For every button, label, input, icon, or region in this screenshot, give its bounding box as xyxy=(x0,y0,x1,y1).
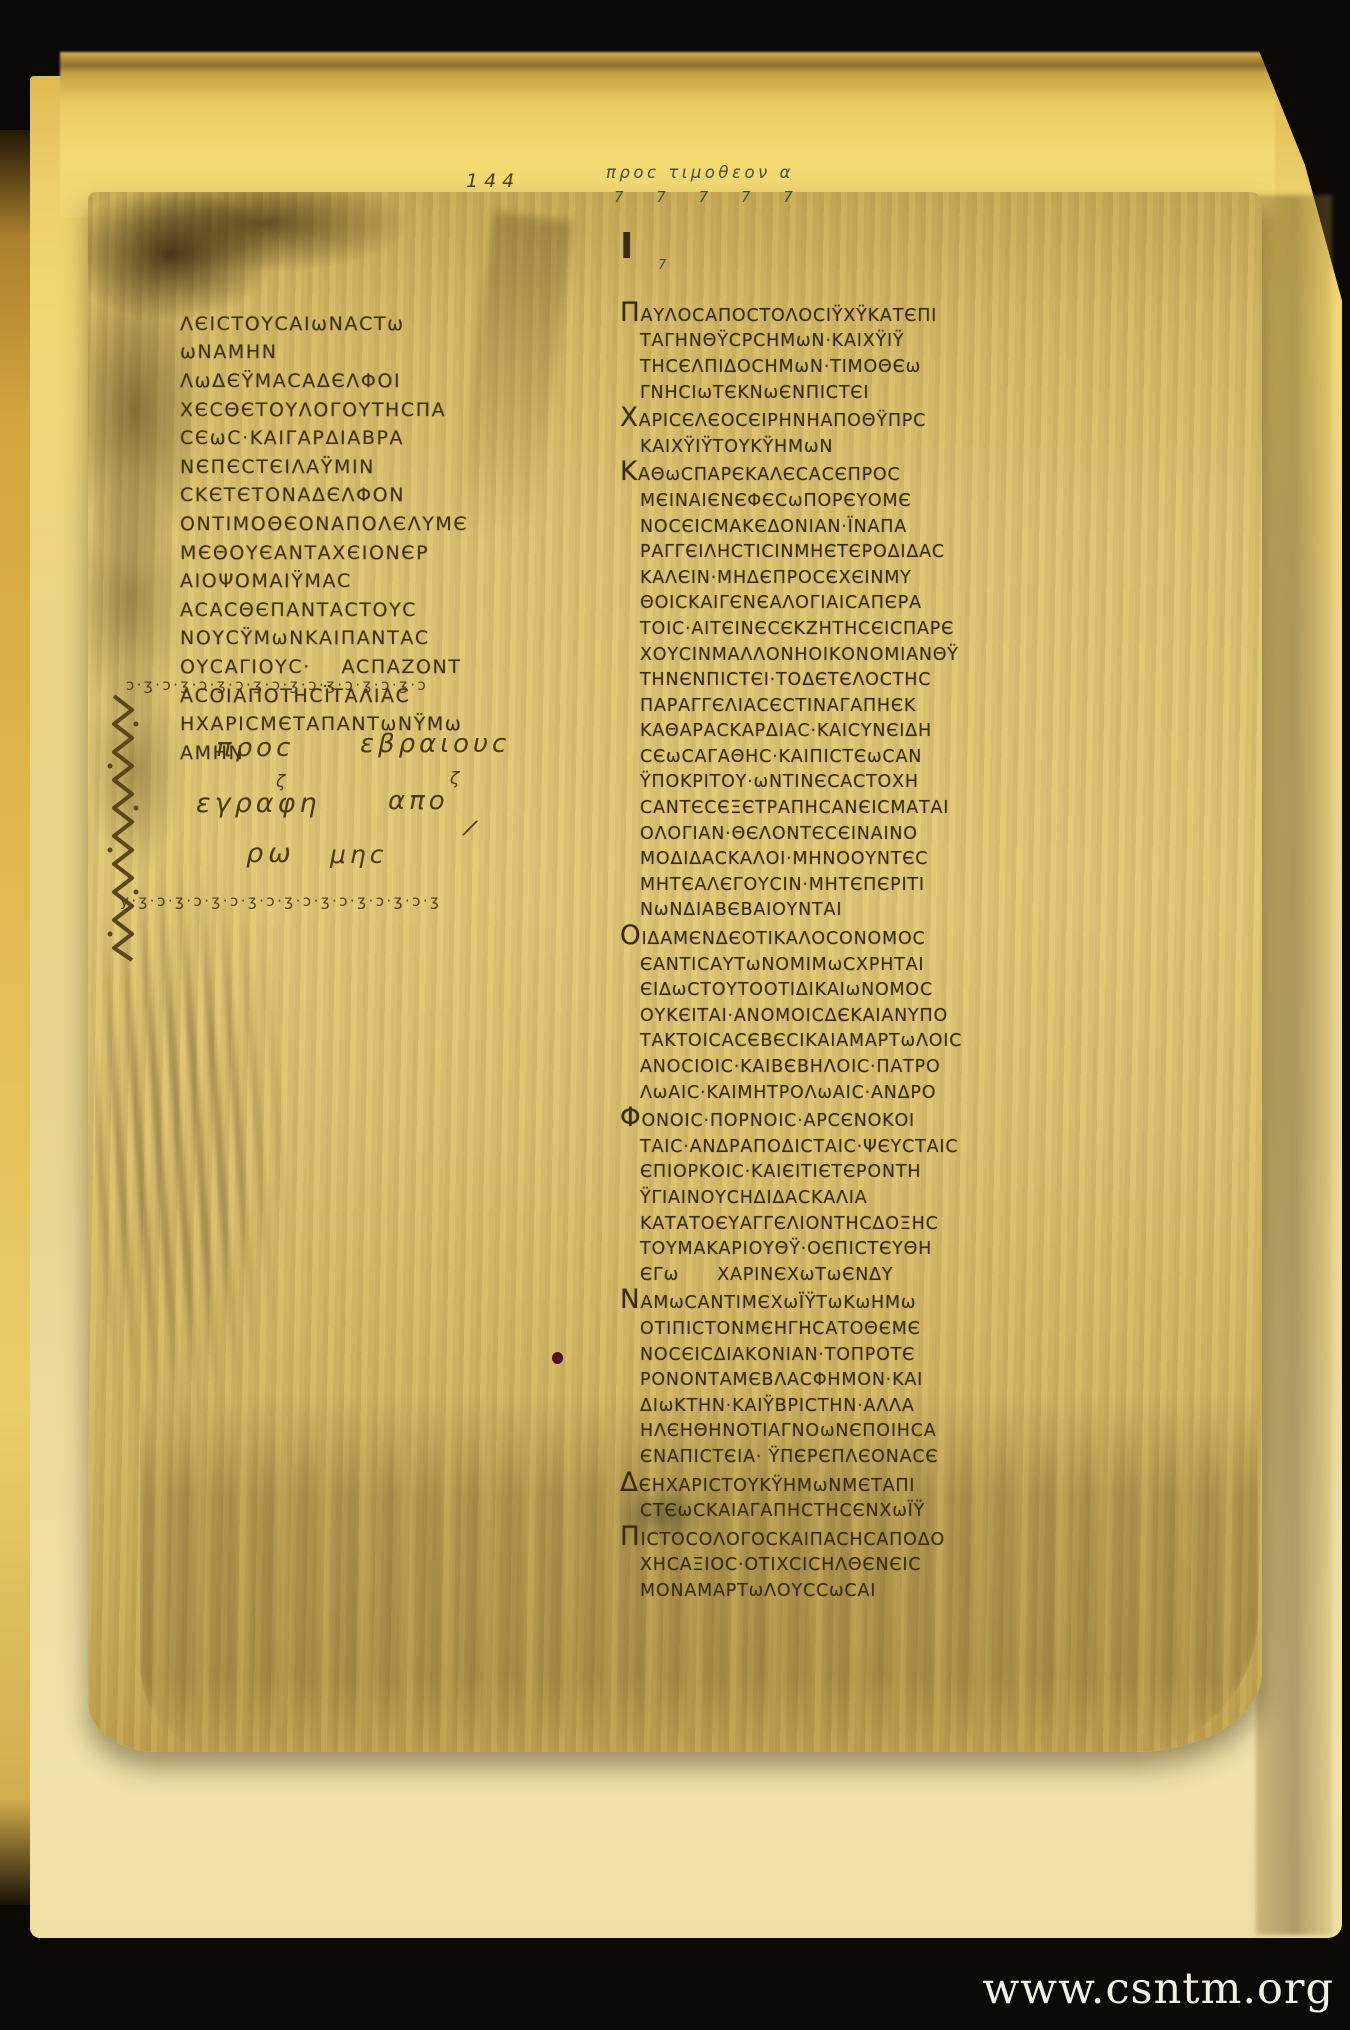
subscription-ro: ρω xyxy=(246,838,296,869)
manuscript-line: ΛωΔЄΫΜΑCΑΔЄΛΦΟΙ xyxy=(180,367,490,396)
subscription-mes: μηc xyxy=(330,840,388,869)
right-text-column: ΠΑΥΛΟCΑΠΟCΤΟΛΟCΙΫΧΫΚΑΤЄΠΙΤΑΓΗΝΘΫCΡCΗΜωΝ·… xyxy=(640,224,960,1604)
manuscript-line: ΚΑΙΧΫΙΫΤΟΥΚΫΗΜωΝ xyxy=(640,435,960,461)
manuscript-line: ΛЄΙCΤΟΥCΑΙωΝΑCΤω xyxy=(180,310,490,339)
manuscript-line: ΗΛЄΗΘΗΝΟΤΙΑΓΝΟωΝЄΠΟΙΗCΑ xyxy=(640,1419,960,1445)
page-stack-right-edge xyxy=(1256,195,1332,1935)
manuscript-line: ΜΗΤЄΑΛЄΓΟΥCΙΝ·ΜΗΤЄΠЄΡΙΤΙ xyxy=(640,873,960,899)
ornament-row-bottom: y·ʒ·ɔ·ʒ·ɔ·ʒ·ɔ·ʒ·ɔ·ʒ·ɔ·ʒ·ɔ·ʒ·ɔ·ʒ·ɔ·ʒ xyxy=(120,892,441,910)
manuscript-line: ΤΟΙC·ΑΙΤЄΙΝЄCЄΚΖΗΤΗCЄΙCΠΑΡЄ xyxy=(640,617,960,643)
manuscript-photograph: 144 προc τιμοθεον α 7 7 7 7 7 7 Ι ΛЄΙCΤΟ… xyxy=(0,0,1350,2030)
csntm-watermark: www.csntm.org xyxy=(982,1964,1334,2014)
manuscript-line: ΠΑΥΛΟCΑΠΟCΤΟΛΟCΙΫΧΫΚΑΤЄΠΙ xyxy=(640,301,960,330)
manuscript-line: ΔЄΗΧΑΡΙCΤΟΥΚΫΗΜωΝΜЄΤΑΠΙ xyxy=(640,1471,960,1500)
red-ink-dot xyxy=(552,1352,563,1364)
manuscript-line: ΜΟΝΑΜΑΡΤωΛΟΥCCωCΑΙ xyxy=(640,1579,960,1605)
manuscript-line: CЄωC·ΚΑΙΓΑΡΔΙΑΒΡΑ xyxy=(180,424,490,453)
manuscript-line: ΚΑΘΑΡΑCΚΑΡΔΙΑC·ΚΑΙCΥΝЄΙΔΗ xyxy=(640,719,960,745)
manuscript-line: ωΝΑΜΗΝ xyxy=(180,338,490,367)
subscription-pros: προc xyxy=(216,733,294,763)
manuscript-line: ΟΥΚЄΙΤΑΙ·ΑΝΟΜΟΙCΔЄΚΑΙΑΝΥΠΟ xyxy=(640,1004,960,1030)
manuscript-line: ΑCΑCΘЄΠΑΝΤΑCΤΟΥC xyxy=(180,596,490,625)
manuscript-line: ΤΗΝЄΝΠΙCΤЄΙ·ΤΟΔЄΤЄΛΟCΤΗC xyxy=(640,668,960,694)
page-number: 144 xyxy=(466,170,520,192)
zigzag-border-decoration xyxy=(104,694,144,962)
manuscript-line: ΠΙCΤΟCΟΛΟΓΟCΚΑΙΠΑCΗCΑΠΟΔΟ xyxy=(640,1525,960,1554)
manuscript-line: ΫΓΙΑΙΝΟΥCΗΔΙΔΑCΚΑΛΙΑ xyxy=(640,1186,960,1212)
manuscript-line: ΔΙωΚΤΗΝ·ΚΑΙΫΒΡΙCΤΗΝ·ΑΛΛΑ xyxy=(640,1394,960,1420)
manuscript-line: ΛωΑΙC·ΚΑΙΜΗΤΡΟΛωΑΙC·ΑΝΔΡΟ xyxy=(640,1081,960,1107)
manuscript-line: ΝΟCЄΙCΜΑΚЄΔΟΝΙΑΝ·ΪΝΑΠΑ xyxy=(640,515,960,541)
manuscript-line: ΑΙΟΨΟΜΑΙΫΜΑC xyxy=(180,567,490,596)
manuscript-line: ΝΑΜωCΑΝΤΙΜЄΧωΪΫΤωΚωΗΜω xyxy=(640,1288,960,1317)
manuscript-line: ΦΟΝΟΙC·ΠΟΡΝΟΙC·ΑΡCЄΝΟΚΟΙ xyxy=(640,1106,960,1135)
manuscript-line: ΠΑΡΑΓΓЄΛΙΑCЄCΤΙΝΑΓΑΠΗЄΚ xyxy=(640,694,960,720)
manuscript-line: ΟΤΙΠΙCΤΟΝΜЄΗΓΗCΑΤΟΘЄΜЄ xyxy=(640,1317,960,1343)
manuscript-line: ΧΗCΑΞΙΟC·ΟΤΙΧCΙCΗΛΘЄΝЄΙC xyxy=(640,1553,960,1579)
running-header: προc τιμοθεον α xyxy=(606,163,794,182)
manuscript-line: ΘΟΙCΚΑΙΓЄΝЄΑΛΟΓΙΑΙCΑΠЄΡΑ xyxy=(640,591,960,617)
manuscript-line: ЄΝΑΠΙCΤЄΙΑ· ΫΠЄΡЄΠΛЄΟΝΑCЄ xyxy=(640,1445,960,1471)
manuscript-line: ЄΙΔωCΤΟΥΤΟΟΤΙΔΙΚΑΙωΝΟΜΟC xyxy=(640,978,960,1004)
manuscript-line: ΤΟΥΜΑΚΑΡΙΟΥΘΫ·ΟЄΠΙCΤЄΥΘΗ xyxy=(640,1237,960,1263)
manuscript-line: ΡΑΓΓЄΙΛΗCΤΙCΙΝΜΗЄΤЄΡΟΔΙΔΑC xyxy=(640,540,960,566)
manuscript-line: ΤΑΙC·ΑΝΔΡΑΠΟΔΙCΤΑΙC·ΨЄΥCΤΑΙC xyxy=(640,1135,960,1161)
subscription-ebraious: εβραιουc xyxy=(360,729,510,759)
manuscript-line: ΚΑΛЄΙΝ·ΜΗΔЄΠΡΟCЄΧЄΙΝΜΥ xyxy=(640,566,960,592)
manuscript-line: ΜЄΙΝΑΙЄΝЄΦЄCωΠΟΡЄΥΟΜЄ xyxy=(640,489,960,515)
manuscript-line: ΚΑΘωCΠΑΡЄΚΑΛЄCΑCЄΠΡΟC xyxy=(640,460,960,489)
manuscript-line: ΡΟΝΟΝΤΑΜЄΒΛΑCΦΗΜΟΝ·ΚΑΙ xyxy=(640,1368,960,1394)
subscription-egraphe: εγραφη xyxy=(196,788,320,819)
subscription-apo: απο xyxy=(388,786,449,816)
manuscript-line: ΝΟCЄΙCΔΙΑΚΟΝΙΑΝ·ΤΟΠΡΟΤЄ xyxy=(640,1343,960,1369)
manuscript-line: ΑΝΟCΙΟΙC·ΚΑΙΒЄΒΗΛΟΙC·ΠΑΤΡΟ xyxy=(640,1055,960,1081)
manuscript-line: ΜΟΔΙΔΑCΚΑΛΟΙ·ΜΗΝΟΟΥΝΤЄC xyxy=(640,847,960,873)
manuscript-line: ΝЄΠЄCΤЄΙΛΑΫΜΙΝ xyxy=(180,453,490,482)
manuscript-line: ΟΛΟΓΙΑΝ·ΘЄΛΟΝΤЄCЄΙΝΑΙΝΟ xyxy=(640,822,960,848)
header-tick-marks: 7 7 7 7 7 xyxy=(614,188,807,206)
manuscript-line: ΓΝΗCΙωΤЄΚΝωЄΝΠΙCΤЄΙ xyxy=(640,381,960,407)
manuscript-line: ΧΑΡΙCЄΛЄΟCЄΙΡΗΝΗΑΠΟΘΫΠΡC xyxy=(640,406,960,435)
manuscript-line: ЄΑΝΤΙCΑΥΤωΝΟΜΙΜωCΧΡΗΤΑΙ xyxy=(640,953,960,979)
manuscript-line: ΧЄCΘЄΤΟΥΛΟΓΟΥΤΗCΠΑ xyxy=(180,396,490,425)
manuscript-line: ΧΟΥCΙΝΜΑΛΛΟΝΗΟΙΚΟΝΟΜΙΑΝΘΫ xyxy=(640,643,960,669)
subscription-squiggle-2: ζ xyxy=(450,769,459,789)
manuscript-line: ΫΠΟΚΡΙΤΟΥ·ωΝΤΙΝЄCΑCΤΟΧΗ xyxy=(640,770,960,796)
manuscript-line: ЄΓω ΧΑΡΙΝЄΧωΤωЄΝΔΥ xyxy=(640,1263,960,1289)
manuscript-line: ΤΑΚΤΟΙCΑCЄΒЄCΙΚΑΙΑΜΑΡΤωΛΟΙC xyxy=(640,1029,960,1055)
ornament-row-top: ɔ·ʒ·ɔ·ʒ·ɔ·ʒ·ɔ·ʒ·ɔ·ʒ·ɔ·ʒ·ɔ·ʒ·ɔ·ʒ·ɔ xyxy=(126,676,428,694)
manuscript-line: ΜЄΘΟΥЄΑΝΤΑΧЄΙΟΝЄΡ xyxy=(180,539,490,568)
manuscript-line: ΟΙΔΑΜЄΝΔЄΟΤΙΚΑΛΟCΟΝΟΜΟC xyxy=(640,924,960,953)
manuscript-line: ΝωΝΔΙΑΒЄΒΑΙΟΥΝΤΑΙ xyxy=(640,898,960,924)
manuscript-line: ΚΑΤΑΤΟЄΥΑΓΓЄΛΙΟΝΤΗCΔΟΞΗC xyxy=(640,1212,960,1238)
manuscript-line: ΤΑΓΗΝΘΫCΡCΗΜωΝ·ΚΑΙΧΫΙΫ xyxy=(640,329,960,355)
manuscript-line: CΤЄωCΚΑΙΑΓΑΠΗCΤΗCЄΝΧωΪΫ xyxy=(640,1499,960,1525)
manuscript-line: ΟΝΤΙΜΟΘЄΟΝΑΠΟΛЄΛΥΜЄ xyxy=(180,510,490,539)
manuscript-line: CЄωCΑΓΑΘΗC·ΚΑΙΠΙCΤЄωCΑΝ xyxy=(640,745,960,771)
manuscript-line: CΚЄΤЄΤΟΝΑΔЄΛΦΟΝ xyxy=(180,481,490,510)
manuscript-line: ΝΟΥCΫΜωΝΚΑΙΠΑΝΤΑC xyxy=(180,624,490,653)
manuscript-line: ΤΗCЄΛΠΙΔΟCΗΜωΝ·ΤΙΜΟΘЄω xyxy=(640,355,960,381)
column-initial-bar: Ι xyxy=(620,226,633,267)
manuscript-line: CΑΝΤЄCЄΞЄΤΡΑΠΗCΑΝЄΙCΜΑΤΑΙ xyxy=(640,796,960,822)
manuscript-line: ЄΠΙΟΡΚΟΙC·ΚΑΙЄΙΤΙЄΤЄΡΟΝΤΗ xyxy=(640,1160,960,1186)
